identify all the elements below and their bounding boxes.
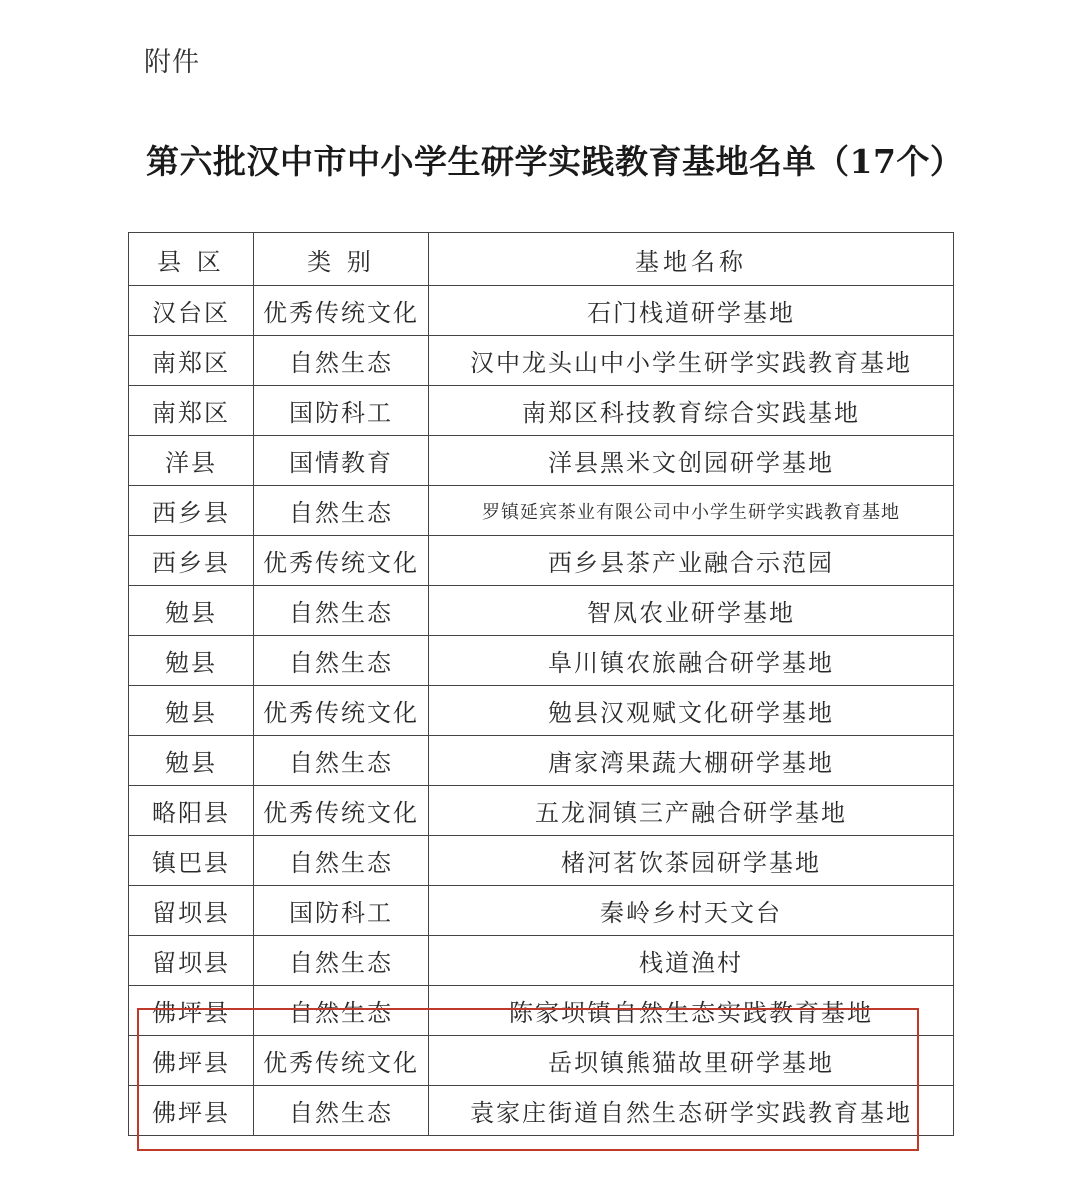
- cell-category: 优秀传统文化: [254, 286, 429, 336]
- cell-base-name: 石门栈道研学基地: [429, 286, 954, 336]
- cell-base-name: 栈道渔村: [429, 936, 954, 986]
- table-row-highlighted: 佛坪县自然生态陈家坝镇自然生态实践教育基地: [129, 986, 954, 1036]
- table-row: 勉县优秀传统文化勉县汉观赋文化研学基地: [129, 686, 954, 736]
- cell-base-name: 五龙洞镇三产融合研学基地: [429, 786, 954, 836]
- cell-county: 佛坪县: [129, 1036, 254, 1086]
- cell-county: 西乡县: [129, 536, 254, 586]
- table-row-highlighted: 佛坪县优秀传统文化岳坝镇熊猫故里研学基地: [129, 1036, 954, 1086]
- cell-county: 略阳县: [129, 786, 254, 836]
- cell-category: 自然生态: [254, 736, 429, 786]
- cell-base-name: 阜川镇农旅融合研学基地: [429, 636, 954, 686]
- cell-base-name: 岳坝镇熊猫故里研学基地: [429, 1036, 954, 1086]
- document-title: 第六批汉中市中小学生研学实践教育基地名单（17个）: [146, 136, 963, 183]
- table-row: 镇巴县自然生态楮河茗饮茶园研学基地: [129, 836, 954, 886]
- cell-category: 自然生态: [254, 986, 429, 1036]
- table-row: 南郑区国防科工南郑区科技教育综合实践基地: [129, 386, 954, 436]
- cell-category: 国防科工: [254, 886, 429, 936]
- header-county: 县 区: [129, 233, 254, 286]
- cell-category: 国情教育: [254, 436, 429, 486]
- base-list-table: 县 区 类 别 基地名称 汉台区优秀传统文化石门栈道研学基地 南郑区自然生态汉中…: [128, 232, 954, 1136]
- cell-county: 汉台区: [129, 286, 254, 336]
- cell-base-name: 楮河茗饮茶园研学基地: [429, 836, 954, 886]
- header-base-name: 基地名称: [429, 233, 954, 286]
- cell-base-name: 南郑区科技教育综合实践基地: [429, 386, 954, 436]
- cell-category: 自然生态: [254, 486, 429, 536]
- table-row: 西乡县自然生态罗镇延宾茶业有限公司中小学生研学实践教育基地: [129, 486, 954, 536]
- table-row: 留坝县自然生态栈道渔村: [129, 936, 954, 986]
- cell-category: 国防科工: [254, 386, 429, 436]
- cell-county: 佛坪县: [129, 986, 254, 1036]
- table-row: 勉县自然生态唐家湾果蔬大棚研学基地: [129, 736, 954, 786]
- table-row: 略阳县优秀传统文化五龙洞镇三产融合研学基地: [129, 786, 954, 836]
- cell-base-name: 唐家湾果蔬大棚研学基地: [429, 736, 954, 786]
- cell-category: 自然生态: [254, 636, 429, 686]
- header-category: 类 别: [254, 233, 429, 286]
- cell-category: 自然生态: [254, 836, 429, 886]
- table-row: 勉县自然生态阜川镇农旅融合研学基地: [129, 636, 954, 686]
- cell-base-name: 陈家坝镇自然生态实践教育基地: [429, 986, 954, 1036]
- table-row-highlighted: 佛坪县自然生态袁家庄街道自然生态研学实践教育基地: [129, 1086, 954, 1136]
- cell-county: 南郑区: [129, 336, 254, 386]
- cell-county: 勉县: [129, 636, 254, 686]
- cell-base-name: 罗镇延宾茶业有限公司中小学生研学实践教育基地: [429, 486, 954, 536]
- cell-category: 优秀传统文化: [254, 786, 429, 836]
- cell-category: 自然生态: [254, 1086, 429, 1136]
- cell-base-name: 西乡县茶产业融合示范园: [429, 536, 954, 586]
- cell-base-name: 袁家庄街道自然生态研学实践教育基地: [429, 1086, 954, 1136]
- table-row: 留坝县国防科工秦岭乡村天文台: [129, 886, 954, 936]
- cell-base-name: 秦岭乡村天文台: [429, 886, 954, 936]
- cell-category: 自然生态: [254, 586, 429, 636]
- cell-category: 自然生态: [254, 936, 429, 986]
- cell-category: 优秀传统文化: [254, 1036, 429, 1086]
- cell-county: 勉县: [129, 686, 254, 736]
- table-row: 南郑区自然生态汉中龙头山中小学生研学实践教育基地: [129, 336, 954, 386]
- cell-base-name: 洋县黑米文创园研学基地: [429, 436, 954, 486]
- cell-base-name: 汉中龙头山中小学生研学实践教育基地: [429, 336, 954, 386]
- table-row: 西乡县优秀传统文化西乡县茶产业融合示范园: [129, 536, 954, 586]
- cell-county: 洋县: [129, 436, 254, 486]
- cell-county: 西乡县: [129, 486, 254, 536]
- cell-category: 自然生态: [254, 336, 429, 386]
- table-row: 汉台区优秀传统文化石门栈道研学基地: [129, 286, 954, 336]
- cell-county: 南郑区: [129, 386, 254, 436]
- cell-category: 优秀传统文化: [254, 686, 429, 736]
- cell-county: 佛坪县: [129, 1086, 254, 1136]
- cell-base-name: 智凤农业研学基地: [429, 586, 954, 636]
- table-row: 勉县自然生态智凤农业研学基地: [129, 586, 954, 636]
- cell-county: 镇巴县: [129, 836, 254, 886]
- cell-base-name: 勉县汉观赋文化研学基地: [429, 686, 954, 736]
- table-row: 洋县国情教育洋县黑米文创园研学基地: [129, 436, 954, 486]
- cell-county: 勉县: [129, 736, 254, 786]
- cell-county: 留坝县: [129, 936, 254, 986]
- cell-county: 勉县: [129, 586, 254, 636]
- table-header-row: 县 区 类 别 基地名称: [129, 233, 954, 286]
- cell-category: 优秀传统文化: [254, 536, 429, 586]
- attachment-label: 附件: [144, 40, 200, 79]
- cell-county: 留坝县: [129, 886, 254, 936]
